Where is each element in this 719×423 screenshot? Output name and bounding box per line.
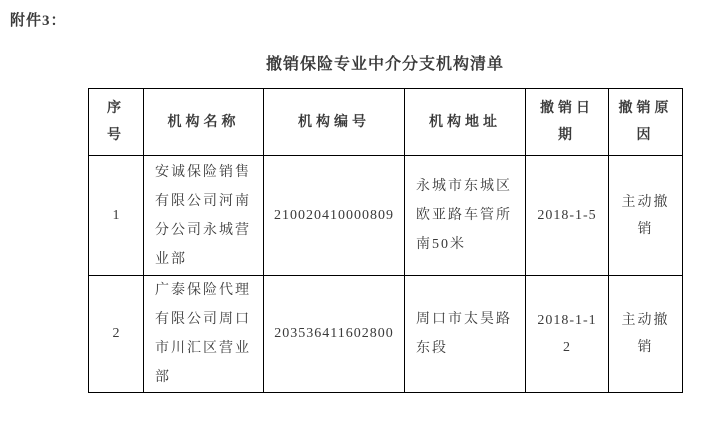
- attachment-label: 附件3：: [10, 9, 67, 30]
- cell-serial-number: 2: [89, 276, 144, 393]
- column-header-institution-code: 机构编号: [264, 89, 405, 156]
- cell-institution-code: 210020410000809: [264, 156, 405, 276]
- column-header-revocation-date-label: 撤销日期: [538, 95, 596, 149]
- column-header-institution-code-label: 机构编号: [298, 115, 370, 130]
- revocation-date-text: 2018-1-12: [536, 307, 598, 361]
- column-header-revocation-reason: 撤销原因: [609, 89, 683, 156]
- column-header-institution-name: 机构名称: [144, 89, 264, 156]
- column-header-serial-label: 序号: [106, 95, 126, 149]
- cell-institution-address: 周口市太昊路东段: [405, 276, 526, 393]
- revocation-date-text: 2018-1-5: [536, 202, 598, 229]
- cell-institution-name: 安诚保险销售有限公司河南分公司永城营业部: [144, 156, 264, 276]
- column-header-institution-address: 机构地址: [405, 89, 526, 156]
- cell-institution-code: 203536411602800: [264, 276, 405, 393]
- cell-revocation-reason: 主动撤销: [609, 276, 683, 393]
- cell-revocation-reason: 主动撤销: [609, 156, 683, 276]
- page-title: 撤销保险专业中介分支机构清单: [88, 51, 682, 74]
- column-header-revocation-date: 撤销日期: [526, 89, 609, 156]
- cell-institution-name: 广泰保险代理有限公司周口市川汇区营业部: [144, 276, 264, 393]
- revocation-reason-text: 主动撤销: [618, 307, 674, 361]
- revocation-reason-text: 主动撤销: [618, 189, 674, 243]
- cell-serial-number: 1: [89, 156, 144, 276]
- column-header-serial: 序号: [89, 89, 144, 156]
- column-header-institution-name-label: 机构名称: [168, 115, 240, 130]
- cell-revocation-date: 2018-1-5: [526, 156, 609, 276]
- cell-institution-address: 永城市东城区欧亚路车管所南50米: [405, 156, 526, 276]
- cell-revocation-date: 2018-1-12: [526, 276, 609, 393]
- table-row: 2 广泰保险代理有限公司周口市川汇区营业部 203536411602800 周口…: [89, 276, 683, 393]
- column-header-revocation-reason-label: 撤销原因: [617, 95, 675, 149]
- revocation-table: 序号 机构名称 机构编号 机构地址 撤销日期 撤销原因 1 安诚保险销售有限公司…: [88, 88, 683, 393]
- table-header-row: 序号 机构名称 机构编号 机构地址 撤销日期 撤销原因: [89, 89, 683, 156]
- column-header-institution-address-label: 机构地址: [429, 115, 501, 130]
- table-row: 1 安诚保险销售有限公司河南分公司永城营业部 210020410000809 永…: [89, 156, 683, 276]
